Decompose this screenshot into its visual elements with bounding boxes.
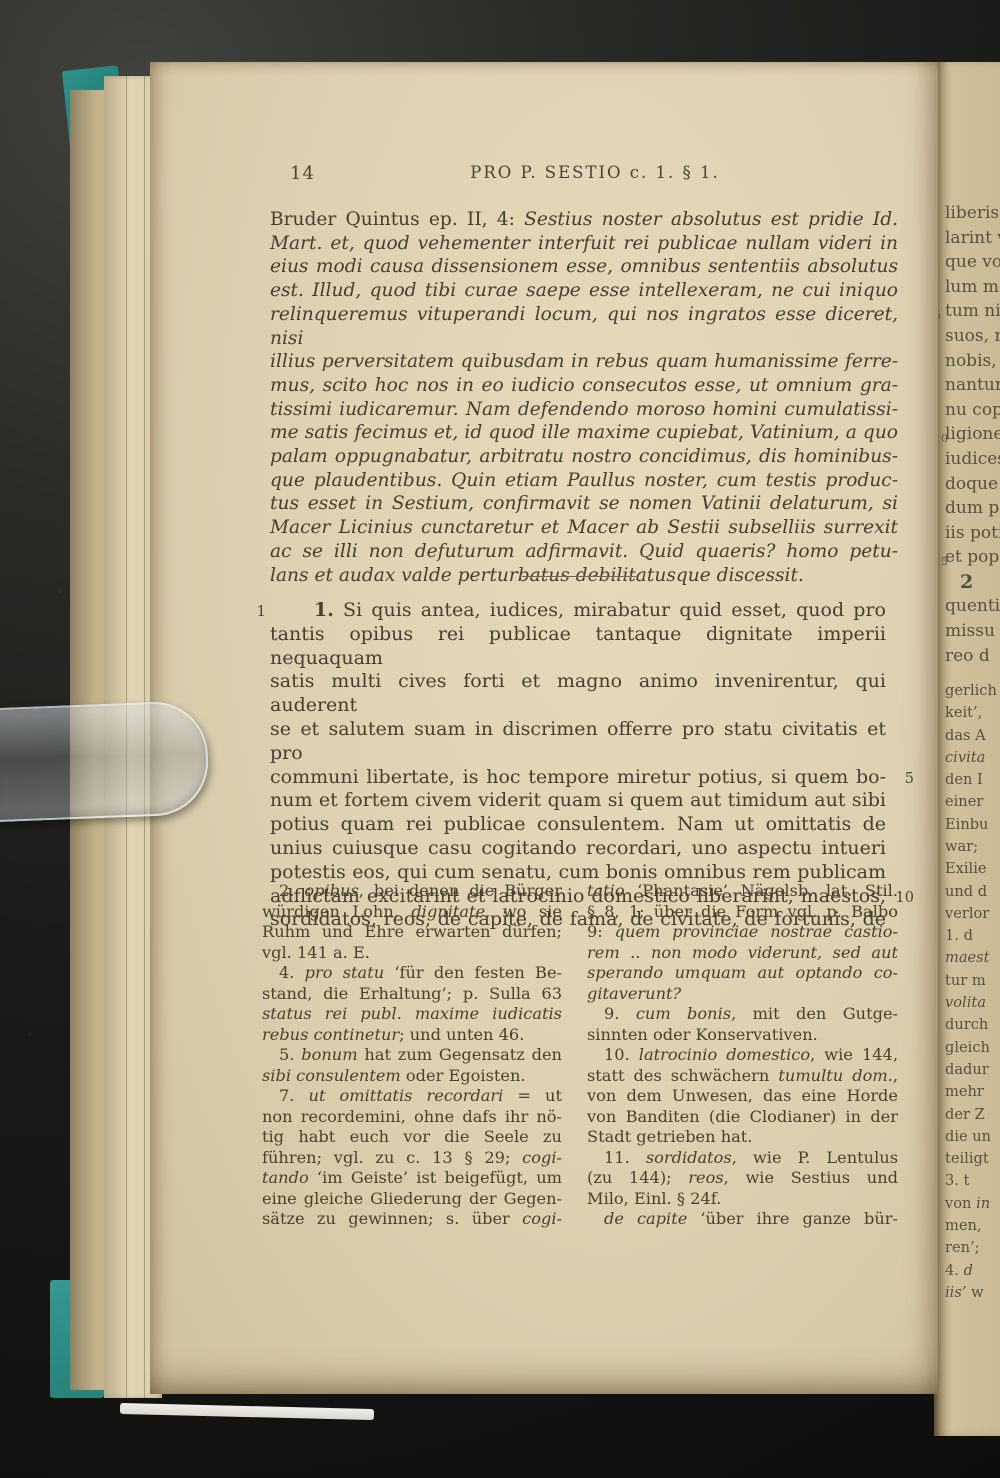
footnote-line: führen; vgl. zu c. 13 § 29; cogi- [262, 1148, 562, 1169]
footnote-line: (zu 144); reos, wie Sestius und [587, 1168, 898, 1189]
footnote-line: von dem Unwesen, das eine Horde [587, 1086, 898, 1107]
side-page-line: iis poti [934, 521, 1000, 546]
footnote-line: statt des schwächern tumultu dom., [587, 1066, 898, 1087]
side-page-line: nu cop [934, 398, 1000, 423]
side-page-line: reo d [934, 644, 1000, 669]
side-page-note-line: durch [934, 1014, 1000, 1036]
margin-line-number: 10 [896, 887, 914, 911]
footnote-line: 10. latrocinio domestico, wie 144, [587, 1045, 898, 1066]
footnote-line: de capite ‘über ihre ganze bür- [587, 1209, 898, 1230]
footnote-line: tig habt euch vor die Seele zu [262, 1127, 562, 1148]
footnote-line: Stadt getrieben hat. [587, 1127, 898, 1148]
running-title: PRO P. SESTIO c. 1. § 1. [290, 163, 900, 182]
side-page-note-line: und d [934, 881, 1000, 903]
footnote-line: von Banditen (die Clodianer) in der [587, 1107, 898, 1128]
side-page-line: liberis [934, 201, 1000, 226]
side-page-note-line: volita [934, 992, 1000, 1014]
side-page-line: quenti [934, 594, 1000, 619]
opposite-page-strip: liberislarint vque vollum motum ni5suos,… [934, 62, 1000, 1436]
side-page-note-line: iis’ w [934, 1282, 1000, 1304]
book-photo-scene: liberislarint vque vollum motum ni5suos,… [0, 0, 1000, 1478]
bookmark-clip[interactable] [0, 700, 210, 822]
footnote-line: status rei publ. maxime iudicatis [262, 1004, 562, 1025]
footnote-line: 11. sordidatos, wie P. Lentulus [587, 1148, 898, 1169]
main-text-line: unius cuiusque casu cogitando recordari,… [270, 837, 886, 861]
side-page-line: et pop15 [934, 545, 1000, 570]
side-page-line: iudices [934, 447, 1000, 472]
footnote-line: 9. cum bonis, mit den Gutge- [587, 1004, 898, 1025]
quote-line: ac se illi non defuturum adfirmavit. Qui… [270, 540, 898, 564]
footnote-line: Ruhm und Ehre erwarten dürfen; [262, 922, 562, 943]
quote-line: relinqueremus vituperandi locum, qui nos… [270, 303, 898, 350]
side-page-note-line: von in [934, 1193, 1000, 1215]
footnote-line: non recordemini, ohne dafs ihr nö- [262, 1107, 562, 1128]
footnote-line: eine gleiche Gliederung der Gegen- [262, 1189, 562, 1210]
side-page-note-line: 3. t [934, 1170, 1000, 1192]
side-page-note-line: Exilie [934, 858, 1000, 880]
side-page-note-line: mehr [934, 1081, 1000, 1103]
side-page-line: doque [934, 472, 1000, 497]
main-text-line: satis multi cives forti et magno animo i… [270, 670, 886, 718]
paper-slip [120, 1403, 374, 1420]
footnote-line: tatio ‘Phantasie’ Nägelsb. lat. Stil. [587, 881, 898, 902]
side-page-note-line: ren’; [934, 1237, 1000, 1259]
quote-line: me satis fecimus et, id quod ille maxime… [270, 421, 898, 445]
footnote-line: 5. bonum hat zum Gegensatz den [262, 1045, 562, 1066]
side-page-line: dum p [934, 496, 1000, 521]
footnote-line: vgl. 141 a. E. [262, 943, 562, 964]
quote-line: que plaudentibus. Quin etiam Paullus nos… [270, 469, 898, 493]
side-page-note-line: 1. d [934, 925, 1000, 947]
footnote-line: 2. opibus, bei denen die Bürger [262, 881, 562, 902]
side-page-line: lum mo [934, 275, 1000, 300]
quote-line: palam oppugnabatur, arbitratu nostro con… [270, 445, 898, 469]
side-page-note-line: der Z [934, 1104, 1000, 1126]
side-page-note-line: keit’, [934, 702, 1000, 724]
opposite-page-text: liberislarint vque vollum motum ni5suos,… [934, 201, 1000, 1304]
side-page-note-line: men, [934, 1215, 1000, 1237]
side-page-note-line: maest [934, 947, 1000, 969]
footnote-line: 4. pro statu ‘für den festen Be- [262, 963, 562, 984]
section-divider-rule [522, 576, 636, 577]
quote-line: illius perversitatem quibusdam in rebus … [270, 350, 898, 374]
side-page-note-line: verlor [934, 903, 1000, 925]
side-page-note-line: gerlich [934, 680, 1000, 702]
side-page-note-line: Einbu [934, 814, 1000, 836]
quote-line: tissimi iudicaremur. Nam defendendo moro… [270, 398, 898, 422]
footnote-line: rem .. non modo viderunt, sed aut [587, 943, 898, 964]
footnote-column-right: tatio ‘Phantasie’ Nägelsb. lat. Stil.§ 8… [587, 881, 898, 1230]
footnote-column-left: 2. opibus, bei denen die Bürgerwürdigen … [262, 881, 562, 1230]
side-page-note-line: den I [934, 769, 1000, 791]
footnote-line: 9: quem provinciae nostrae castio- [587, 922, 898, 943]
margin-section-number: 1 [246, 602, 266, 620]
main-text-line: communi libertate, is hoc tempore miretu… [270, 766, 886, 790]
footnote-line: 7. ut omittatis recordari = ut [262, 1086, 562, 1107]
margin-line-number: 5 [905, 768, 914, 792]
side-page-note-line: einer [934, 791, 1000, 813]
side-page-line: missu [934, 619, 1000, 644]
side-page-line: ligione10 [934, 422, 1000, 447]
footnote-line: rebus continetur; und unten 46. [262, 1025, 562, 1046]
quote-line: tus esset in Sestium, confirmavit se nom… [270, 492, 898, 516]
footnote-line: sperando umquam aut optando co- [587, 963, 898, 984]
quote-line: Bruder Quintus ep. II, 4: Sestius noster… [270, 208, 898, 232]
main-text-line: potius quam rei publicae consulentem. Na… [270, 813, 886, 837]
footnote-line: sätze zu gewinnen; s. über cogi- [262, 1209, 562, 1230]
side-page-line: larint v [934, 226, 1000, 251]
side-page-note-line: civita [934, 747, 1000, 769]
quote-line: eius modi causa dissensionem esse, omnib… [270, 255, 898, 279]
book-page: 14 PRO P. SESTIO c. 1. § 1. Bruder Quint… [150, 62, 938, 1394]
side-page-note-line: tur m [934, 970, 1000, 992]
side-page-note-line: die un [934, 1126, 1000, 1148]
footnote-line: würdigen Lohn, dignitate, wo sie [262, 902, 562, 923]
footnote-line: sinnten oder Konservativen. [587, 1025, 898, 1046]
main-text-line: se et salutem suam in discrimen offerre … [270, 718, 886, 766]
side-page-note-line: 4. d [934, 1260, 1000, 1282]
side-page-note-line: war; [934, 836, 1000, 858]
side-page-line: nantur. [934, 373, 1000, 398]
footnote-line: Milo, Einl. § 24f. [587, 1189, 898, 1210]
side-page-note-line: dadur [934, 1059, 1000, 1081]
side-page-line: que vol [934, 250, 1000, 275]
main-text-line: num et fortem civem viderit quam si quem… [270, 789, 886, 813]
side-page-line: nobis, [934, 349, 1000, 374]
footnote-line: stand, die Erhaltung’; p. Sulla 63 [262, 984, 562, 1005]
quote-line: est. Illud, quod tibi curae saepe esse i… [270, 279, 898, 303]
footnote-line: sibi consulentem oder Egoisten. [262, 1066, 562, 1087]
quote-line: Macer Licinius cunctaretur et Macer ab S… [270, 516, 898, 540]
quote-line: mus, scito hoc nos in eo iudicio consecu… [270, 374, 898, 398]
side-page-note-line: das A [934, 725, 1000, 747]
quote-line: Mart. et, quod vehementer interfuit rei … [270, 232, 898, 256]
main-text-line: tantis opibus rei publicae tantaque dign… [270, 623, 886, 671]
latin-quote-paragraph: Bruder Quintus ep. II, 4: Sestius noster… [270, 208, 898, 587]
side-page-line: tum ni5 [934, 299, 1000, 324]
side-section-number: 2 [934, 570, 1000, 594]
main-text-line: 1. Si quis antea, iudices, mirabatur qui… [270, 599, 886, 623]
footnote-line: § 8, 1; über die Form vgl. p. Balbo [587, 902, 898, 923]
footnote-line: gitaverunt? [587, 984, 898, 1005]
footnote-line: tando ‘im Geiste’ ist beigefügt, um [262, 1168, 562, 1189]
side-page-note-line: gleich [934, 1037, 1000, 1059]
side-page-note-line: teiligt [934, 1148, 1000, 1170]
side-page-line: suos, n [934, 324, 1000, 349]
